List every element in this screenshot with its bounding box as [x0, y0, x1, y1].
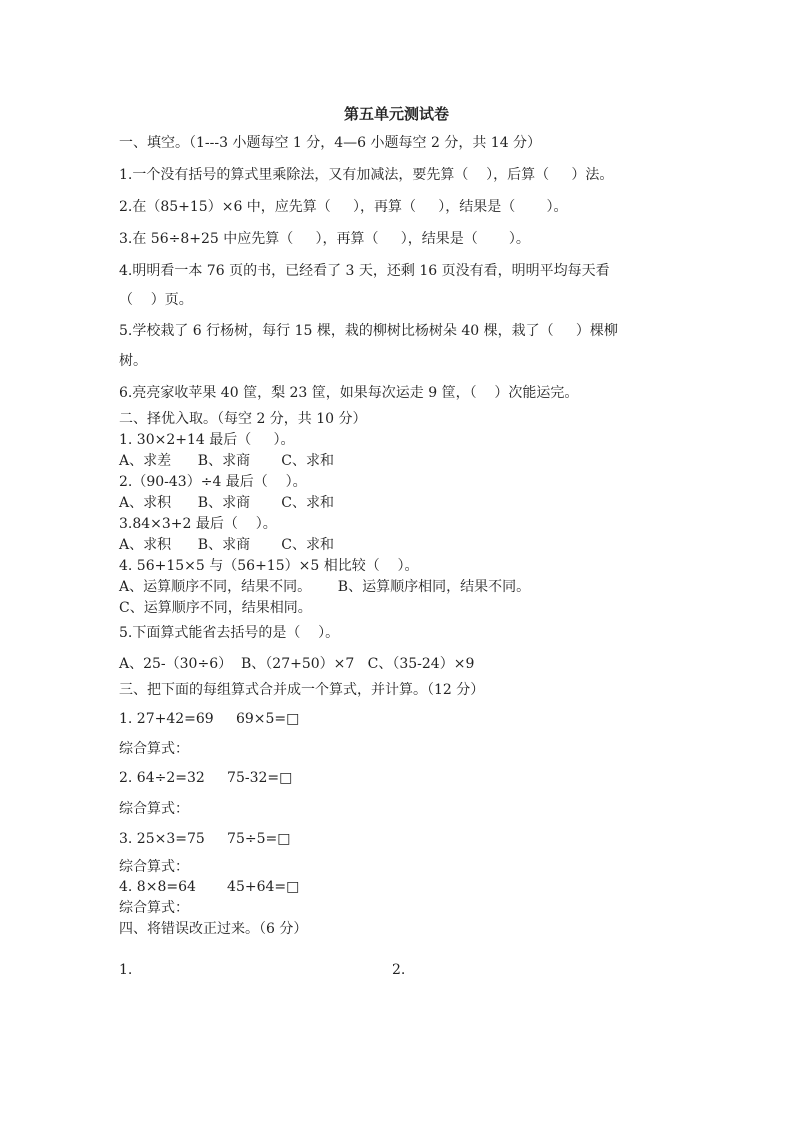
s3-question-2: 2. 64÷2=32 75-32=□: [119, 769, 292, 787]
s3-combined-label-1: 综合算式：: [119, 740, 189, 758]
s3-question-4: 4. 8×8=64 45+64=□: [119, 878, 299, 896]
s3-combined-label-4: 综合算式：: [119, 899, 189, 917]
s1-question-4: 4.明明看一本 76 页的书，已经看了 3 天，还剩 16 页没有看，明明平均每…: [119, 262, 610, 280]
s1-question-2: 2.在（85+15）×6 中，应先算（ ），再算（ ），结果是（ ）。: [119, 198, 567, 216]
s1-question-6: 6.亮亮家收苹果 40 筐，梨 23 筐，如果每次运走 9 筐，（ ）次能运完。: [119, 384, 578, 402]
s2-question-3-options: A、求积 B、求商 C、求和: [119, 536, 334, 554]
s2-question-4-options-ab: A、运算顺序不同，结果不同。 B、运算顺序相同，结果不同。: [119, 578, 530, 596]
s2-question-5: 5.下面算式能省去括号的是（ ）。: [119, 624, 339, 642]
s3-question-1: 1. 27+42=69 69×5=□: [119, 710, 299, 728]
s1-question-5: 5.学校栽了 6 行杨树，每行 15 棵，栽的柳树比杨树朵 40 棵，栽了（ ）…: [119, 322, 618, 340]
s1-question-4-cont: （ ）页。: [119, 291, 193, 309]
s2-question-3: 3.84×3+2 最后（ ）。: [119, 515, 277, 533]
s2-question-2: 2.（90-43）÷4 最后（ ）。: [119, 473, 307, 491]
s3-combined-label-3: 综合算式：: [119, 858, 189, 876]
s2-question-4: 4. 56+15×5 与（56+15）×5 相比较（ ）。: [119, 557, 419, 575]
s2-question-2-options: A、求积 B、求商 C、求和: [119, 494, 334, 512]
s3-question-3: 3. 25×3=75 75÷5=□: [119, 830, 290, 848]
s2-question-5-options: A、25-（30÷6） B、（27+50）×7 C、（35-24）×9: [119, 655, 474, 673]
s2-question-1: 1. 30×2+14 最后（ ）。: [119, 431, 295, 449]
s4-item-1: 1.: [119, 961, 132, 979]
s1-question-5-cont: 树。: [119, 352, 147, 370]
s4-item-2: 2.: [392, 961, 405, 979]
s1-question-3: 3.在 56÷8+25 中应先算（ ），再算（ ），结果是（ ）。: [119, 230, 530, 248]
s2-question-1-options: A、求差 B、求商 C、求和: [119, 452, 334, 470]
document-title: 第五单元测试卷: [0, 103, 793, 124]
s1-question-1: 1.一个没有括号的算式里乘除法，又有加减法，要先算（ ），后算（ ）法。: [119, 166, 613, 184]
s3-combined-label-2: 综合算式：: [119, 800, 189, 818]
section3-heading: 三、把下面的每组算式合并成一个算式，并计算。（12 分）: [119, 681, 484, 699]
section1-heading: 一、填空。（1---3 小题每空 1 分，4—6 小题每空 2 分，共 14 分…: [119, 134, 541, 152]
section4-heading: 四、将错误改正过来。（6 分）: [119, 920, 307, 938]
s2-question-4-option-c: C、运算顺序不同，结果相同。: [119, 599, 312, 617]
section2-heading: 二、择优入取。（每空 2 分，共 10 分）: [119, 410, 367, 428]
